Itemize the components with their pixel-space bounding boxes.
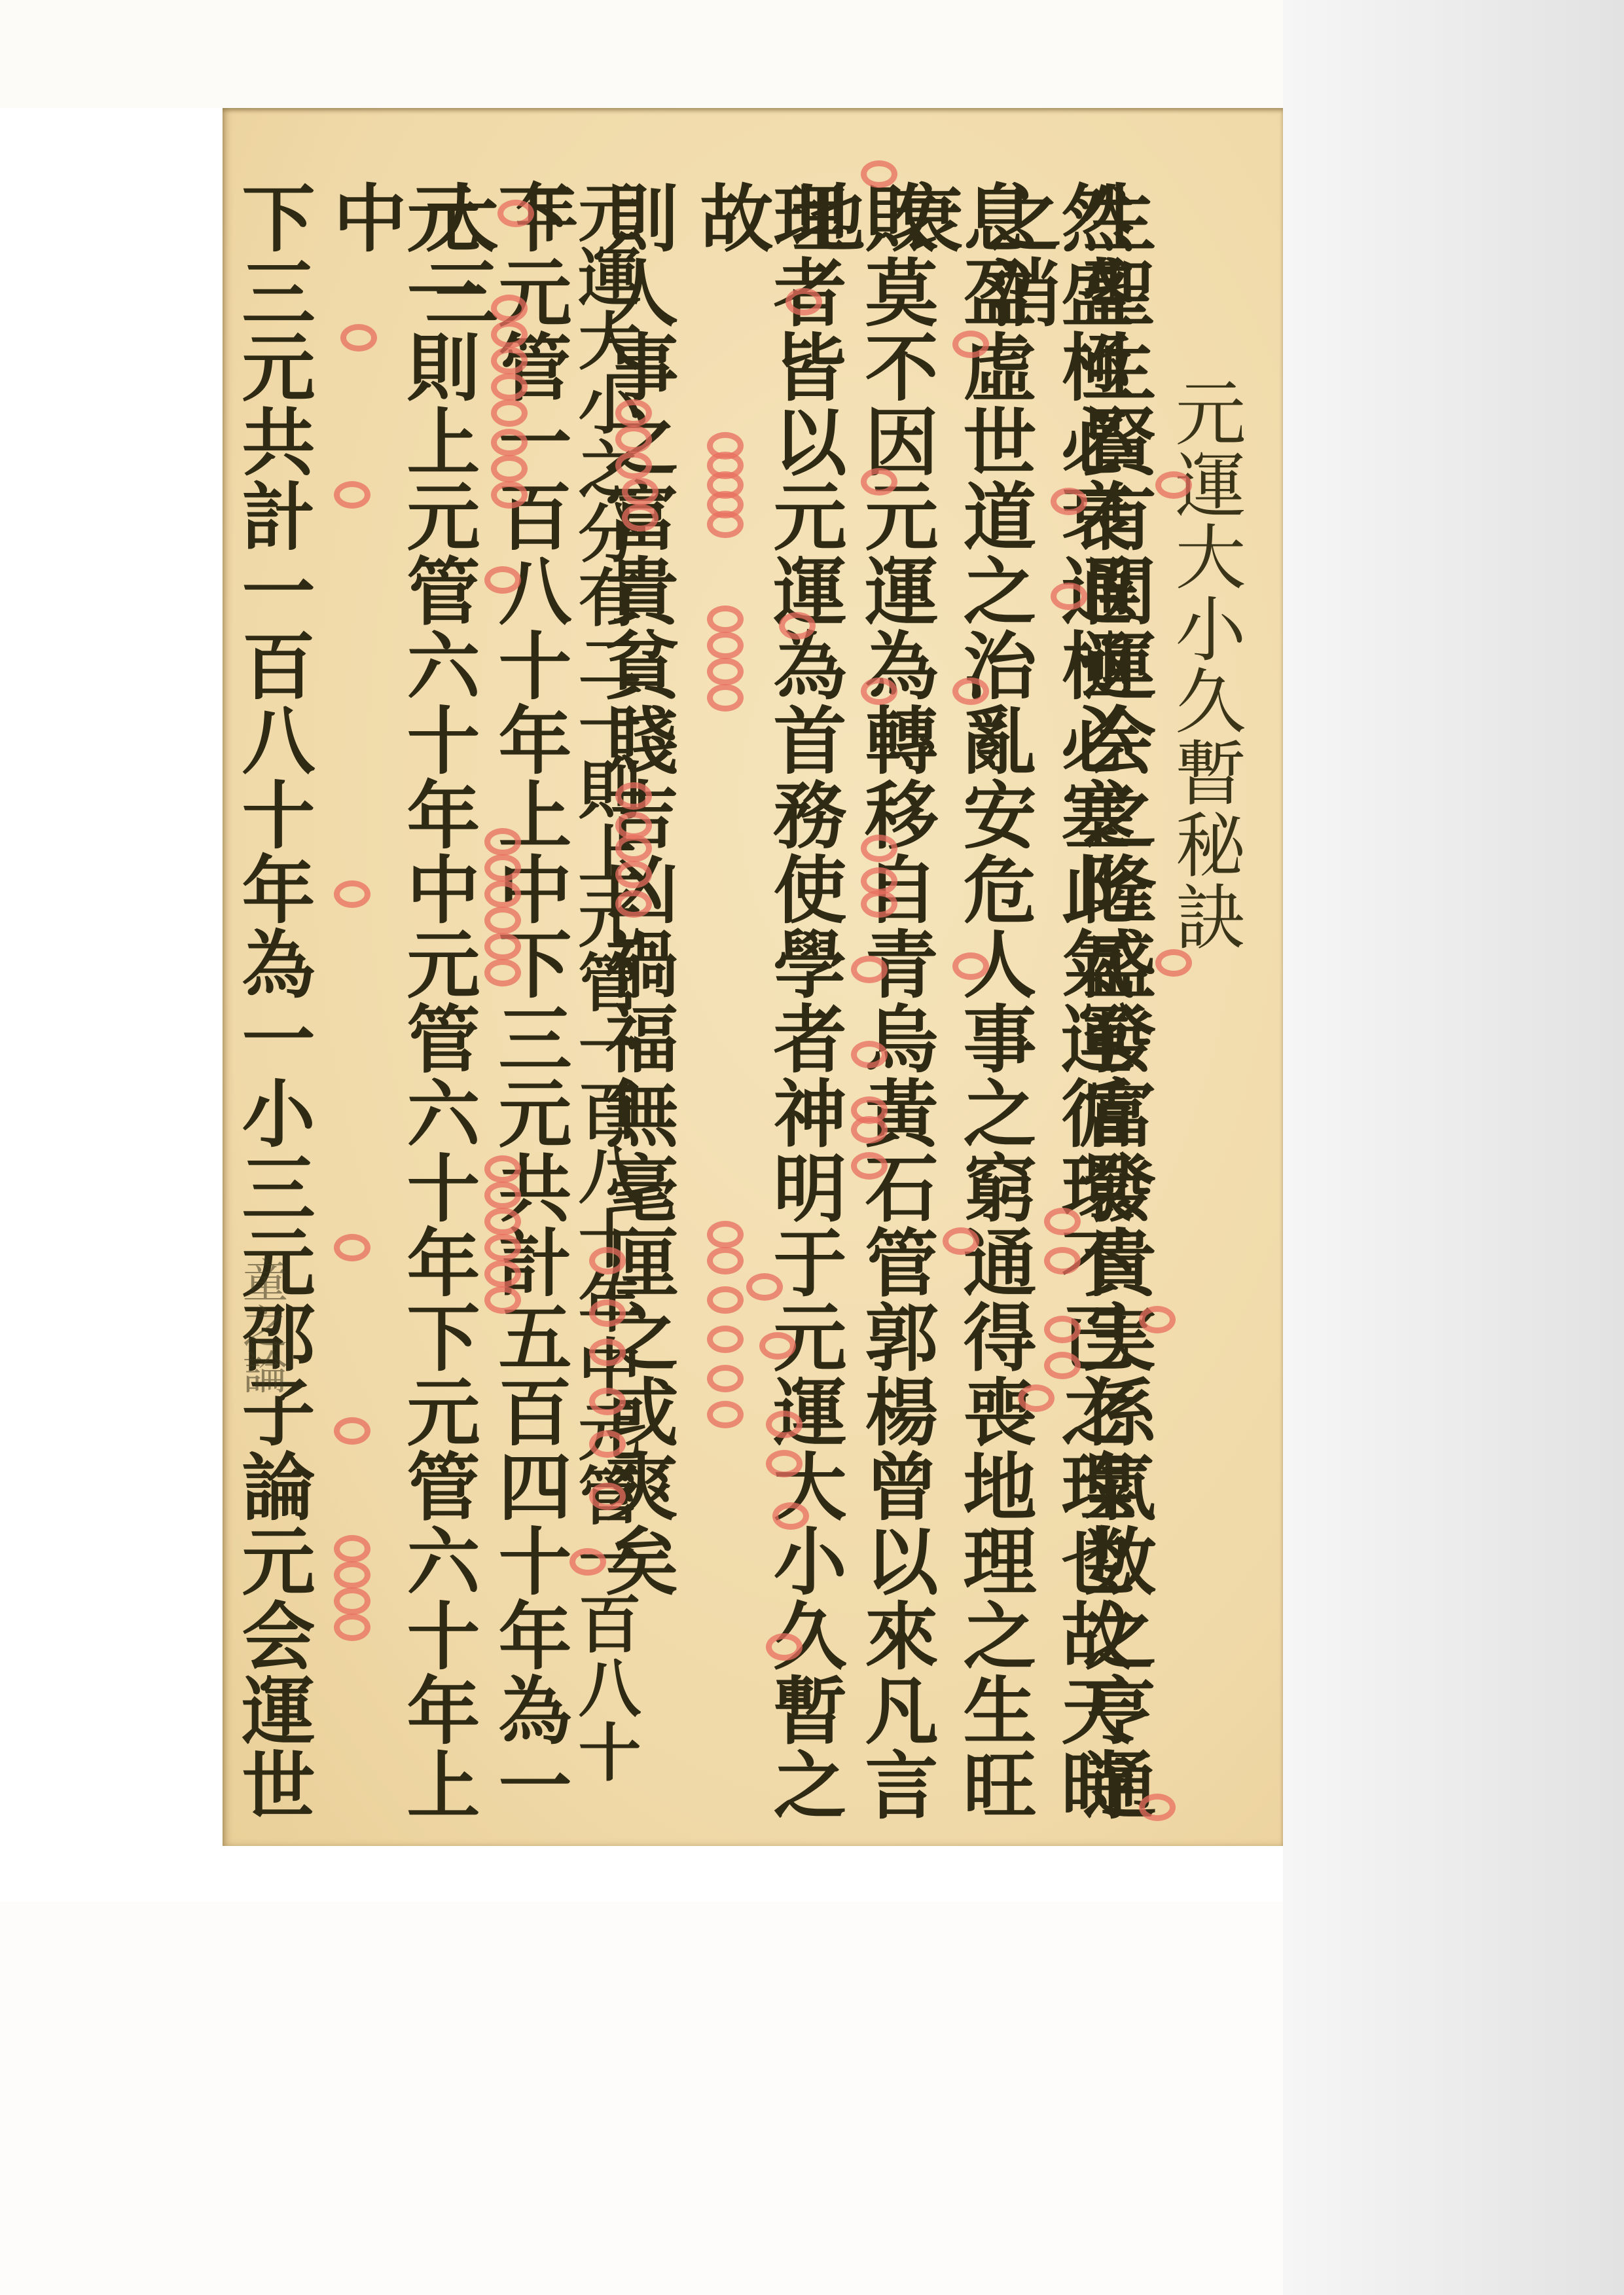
annotation-circle [615, 861, 652, 888]
annotation-circle [1139, 1794, 1176, 1821]
annotation-circle [766, 1450, 803, 1477]
annotation-circle [1044, 1247, 1081, 1274]
scan-margin-right [1283, 0, 1624, 2295]
annotation-circle [622, 504, 659, 532]
annotation-circle [707, 605, 744, 633]
annotation-circle [484, 1286, 521, 1314]
annotation-circle [772, 1502, 809, 1530]
annotation-circle [1044, 1208, 1081, 1235]
annotation-circle [759, 1332, 796, 1360]
annotation-circle [491, 399, 528, 427]
annotation-circle [615, 835, 652, 862]
annotation-circle [707, 1326, 744, 1353]
annotation-circle [334, 1587, 370, 1615]
annotation-circle [707, 684, 744, 712]
annotation-circle [334, 1535, 370, 1563]
annotation-circle [497, 200, 534, 227]
annotation-circle [861, 890, 897, 918]
annotation-circle [484, 907, 521, 934]
annotation-circle [785, 288, 822, 316]
document-title: 元運大小久暫秘訣 [1168, 376, 1239, 952]
annotation-circle [484, 1182, 521, 1209]
annotation-circle [952, 331, 989, 358]
annotation-circle [861, 678, 897, 705]
annotation-circle [943, 1227, 979, 1255]
annotation-circle [707, 1401, 744, 1428]
annotation-circle [861, 835, 897, 862]
annotation-circle [491, 373, 528, 401]
annotation-circle [484, 1234, 521, 1261]
annotation-circle [1139, 1306, 1176, 1333]
annotation-circle [707, 1286, 744, 1314]
annotation-circle [334, 1417, 370, 1445]
annotation-circle [589, 1483, 626, 1510]
annotation-circle [851, 1152, 888, 1180]
annotation-circle [484, 854, 521, 882]
annotation-circle [766, 1633, 803, 1661]
scan-margin-top [0, 0, 1283, 108]
annotation-circle [484, 1155, 521, 1183]
annotation-circle [1018, 1384, 1055, 1412]
annotation-circle [484, 880, 521, 908]
annotation-circle [779, 612, 816, 640]
annotation-circle [851, 1041, 888, 1068]
annotation-circle [1155, 471, 1192, 499]
annotation-circle [952, 678, 989, 705]
annotation-circle [707, 1365, 744, 1392]
annotation-circle [615, 452, 652, 479]
annotation-circle [334, 880, 370, 908]
annotation-circle [484, 959, 521, 986]
annotation-circle [484, 1208, 521, 1235]
page-edge-text-fragment: 童之論 [229, 1257, 295, 1394]
annotation-circle [851, 1116, 888, 1144]
annotation-circle [334, 1234, 370, 1261]
text-column-10: 下三元共計一百八十年為一小三元邵子論元会運世 [236, 180, 309, 1822]
annotation-circle [861, 160, 897, 188]
text-column-5: 理者皆以元運為首務使學者神明于元運大小久暫之故 [694, 180, 840, 1846]
annotation-circle [707, 1221, 744, 1248]
annotation-circle [615, 890, 652, 918]
annotation-circle [491, 321, 528, 348]
annotation-circle [484, 1260, 521, 1288]
annotation-circle [334, 1561, 370, 1589]
annotation-circle [340, 324, 377, 352]
annotation-circle [707, 632, 744, 659]
annotation-circle [334, 481, 370, 509]
annotation-circle [766, 1411, 803, 1438]
annotation-circle [622, 478, 659, 505]
annotation-circle [1051, 488, 1087, 515]
annotation-circle [707, 511, 744, 538]
annotation-circle [491, 347, 528, 374]
annotation-circle [952, 952, 989, 980]
annotation-circle [851, 956, 888, 983]
annotation-circle [589, 1247, 626, 1274]
annotation-circle [589, 1299, 626, 1327]
annotation-circle [615, 425, 652, 453]
annotation-circle [1051, 583, 1087, 610]
annotation-circle [1155, 949, 1192, 977]
annotation-circle [707, 1247, 744, 1274]
annotation-circle [589, 1388, 626, 1415]
annotation-circle [1044, 1352, 1081, 1379]
annotation-circle [615, 399, 652, 427]
annotation-circle [491, 295, 528, 322]
annotation-circle [861, 468, 897, 496]
annotation-circle [484, 933, 521, 960]
annotation-circle [707, 658, 744, 685]
annotation-circle [491, 429, 528, 456]
annotation-circle [589, 1339, 626, 1366]
text-columns: 元運大小久暫秘訣 生聖生賢有関運会之隆盛發富發貴実係氣数之亨通 然盛極必衰通極必… [223, 108, 1283, 1846]
annotation-circle [491, 481, 528, 509]
annotation-circle [1044, 1316, 1081, 1343]
annotation-circle [615, 782, 652, 810]
annotation-circle [484, 566, 521, 594]
annotation-circle [334, 1614, 370, 1641]
scan-margin-bottom [0, 1902, 1283, 2295]
annotation-circle [491, 455, 528, 482]
annotation-circle [484, 828, 521, 856]
manuscript-page: 元運大小久暫秘訣 生聖生賢有関運会之隆盛發富發貴実係氣数之亨通 然盛極必衰通極必… [223, 108, 1283, 1846]
annotation-circle [569, 1548, 606, 1576]
annotation-circle [746, 1273, 783, 1301]
annotation-circle [589, 1430, 626, 1458]
